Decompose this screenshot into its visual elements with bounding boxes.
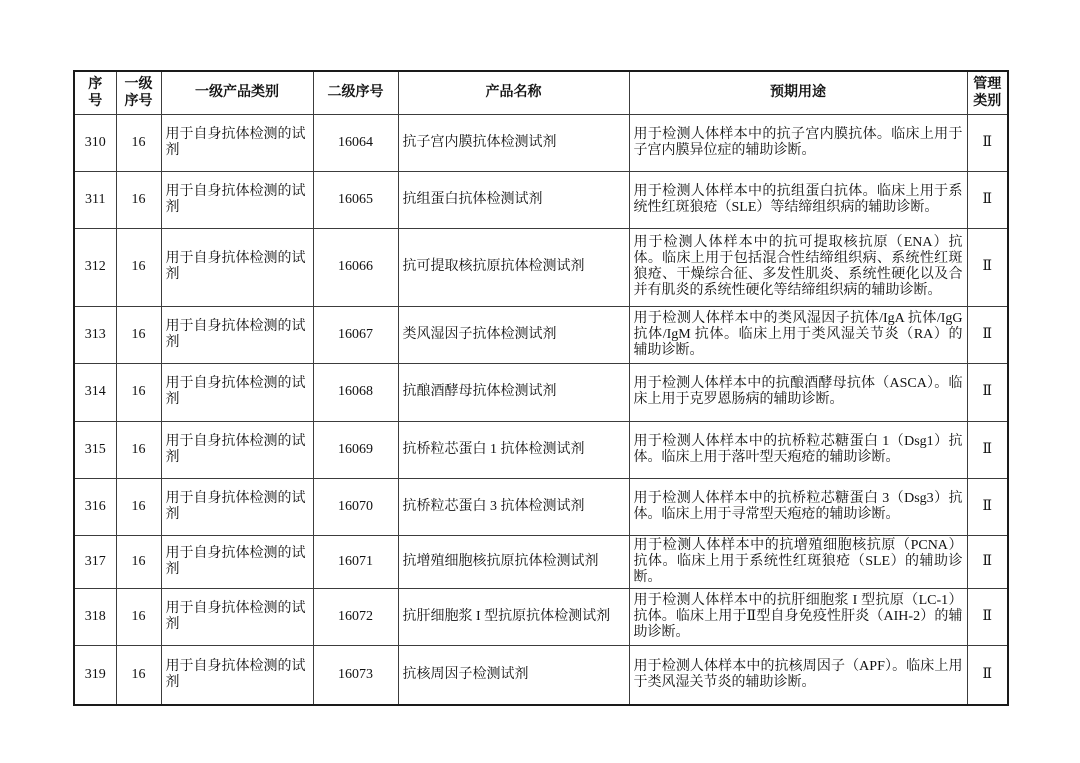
cell-product_name: 抗肝细胞浆 I 型抗原抗体检测试剂: [398, 588, 629, 645]
cell-level1_category: 用于自身抗体检测的试剂: [161, 171, 313, 228]
table-body: 31016用于自身抗体检测的试剂16064抗子宫内膜抗体检测试剂用于检测人体样本…: [74, 114, 1008, 705]
cell-level1_category: 用于自身抗体检测的试剂: [161, 421, 313, 478]
table-row: 31316用于自身抗体检测的试剂16067类风湿因子抗体检测试剂用于检测人体样本…: [74, 306, 1008, 363]
product-classification-table: 序 号一级 序号一级产品类别二级序号产品名称预期用途管理 类别 31016用于自…: [73, 70, 1009, 706]
table-header: 序 号一级 序号一级产品类别二级序号产品名称预期用途管理 类别: [74, 71, 1008, 114]
column-header-product_name: 产品名称: [398, 71, 629, 114]
cell-level1_no: 16: [116, 421, 161, 478]
table-row: 31816用于自身抗体检测的试剂16072抗肝细胞浆 I 型抗原抗体检测试剂用于…: [74, 588, 1008, 645]
cell-mgmt_class: Ⅱ: [967, 645, 1008, 705]
table-row: 31516用于自身抗体检测的试剂16069抗桥粒芯蛋白 1 抗体检测试剂用于检测…: [74, 421, 1008, 478]
table-row: 31916用于自身抗体检测的试剂16073抗核周因子检测试剂用于检测人体样本中的…: [74, 645, 1008, 705]
header-row: 序 号一级 序号一级产品类别二级序号产品名称预期用途管理 类别: [74, 71, 1008, 114]
cell-intended_use: 用于检测人体样本中的抗肝细胞浆 I 型抗原（LC-1）抗体。临床上用于Ⅱ型自身免…: [629, 588, 967, 645]
cell-level1_category: 用于自身抗体检测的试剂: [161, 535, 313, 588]
column-header-intended_use: 预期用途: [629, 71, 967, 114]
cell-level1_no: 16: [116, 588, 161, 645]
cell-seq: 316: [74, 478, 116, 535]
table-row: 31616用于自身抗体检测的试剂16070抗桥粒芯蛋白 3 抗体检测试剂用于检测…: [74, 478, 1008, 535]
cell-level2_no: 16067: [313, 306, 398, 363]
cell-seq: 314: [74, 363, 116, 421]
cell-level1_no: 16: [116, 645, 161, 705]
cell-level2_no: 16068: [313, 363, 398, 421]
cell-level1_category: 用于自身抗体检测的试剂: [161, 363, 313, 421]
cell-intended_use: 用于检测人体样本中的抗酿酒酵母抗体（ASCA）。临床上用于克罗恩肠病的辅助诊断。: [629, 363, 967, 421]
cell-intended_use: 用于检测人体样本中的抗可提取核抗原（ENA）抗体。临床上用于包括混合性结缔组织病…: [629, 228, 967, 306]
cell-intended_use: 用于检测人体样本中的抗桥粒芯糖蛋白 3（Dsg3）抗体。临床上用于寻常型天疱疮的…: [629, 478, 967, 535]
table-row: 31016用于自身抗体检测的试剂16064抗子宫内膜抗体检测试剂用于检测人体样本…: [74, 114, 1008, 171]
cell-product_name: 抗子宫内膜抗体检测试剂: [398, 114, 629, 171]
cell-intended_use: 用于检测人体样本中的抗子宫内膜抗体。临床上用于子宫内膜异位症的辅助诊断。: [629, 114, 967, 171]
cell-seq: 315: [74, 421, 116, 478]
cell-intended_use: 用于检测人体样本中的抗核周因子（APF）。临床上用于类风湿关节炎的辅助诊断。: [629, 645, 967, 705]
cell-product_name: 抗可提取核抗原抗体检测试剂: [398, 228, 629, 306]
cell-intended_use: 用于检测人体样本中的抗增殖细胞核抗原（PCNA）抗体。临床上用于系统性红斑狼疮（…: [629, 535, 967, 588]
cell-level1_category: 用于自身抗体检测的试剂: [161, 478, 313, 535]
table-row: 31116用于自身抗体检测的试剂16065抗组蛋白抗体检测试剂用于检测人体样本中…: [74, 171, 1008, 228]
cell-intended_use: 用于检测人体样本中的抗桥粒芯糖蛋白 1（Dsg1）抗体。临床上用于落叶型天疱疮的…: [629, 421, 967, 478]
table-row: 31216用于自身抗体检测的试剂16066抗可提取核抗原抗体检测试剂用于检测人体…: [74, 228, 1008, 306]
cell-level1_category: 用于自身抗体检测的试剂: [161, 645, 313, 705]
cell-product_name: 抗核周因子检测试剂: [398, 645, 629, 705]
column-header-mgmt_class: 管理 类别: [967, 71, 1008, 114]
cell-mgmt_class: Ⅱ: [967, 306, 1008, 363]
cell-product_name: 抗组蛋白抗体检测试剂: [398, 171, 629, 228]
cell-level1_category: 用于自身抗体检测的试剂: [161, 306, 313, 363]
table-row: 31716用于自身抗体检测的试剂16071抗增殖细胞核抗原抗体检测试剂用于检测人…: [74, 535, 1008, 588]
cell-mgmt_class: Ⅱ: [967, 421, 1008, 478]
cell-seq: 310: [74, 114, 116, 171]
cell-product_name: 类风湿因子抗体检测试剂: [398, 306, 629, 363]
cell-level1_no: 16: [116, 171, 161, 228]
cell-seq: 313: [74, 306, 116, 363]
cell-seq: 318: [74, 588, 116, 645]
cell-level2_no: 16064: [313, 114, 398, 171]
cell-mgmt_class: Ⅱ: [967, 535, 1008, 588]
cell-level1_category: 用于自身抗体检测的试剂: [161, 228, 313, 306]
table-row: 31416用于自身抗体检测的试剂16068抗酿酒酵母抗体检测试剂用于检测人体样本…: [74, 363, 1008, 421]
cell-level1_no: 16: [116, 535, 161, 588]
cell-mgmt_class: Ⅱ: [967, 171, 1008, 228]
cell-intended_use: 用于检测人体样本中的类风湿因子抗体/IgA 抗体/IgG 抗体/IgM 抗体。临…: [629, 306, 967, 363]
cell-product_name: 抗酿酒酵母抗体检测试剂: [398, 363, 629, 421]
column-header-level1_category: 一级产品类别: [161, 71, 313, 114]
cell-level1_no: 16: [116, 363, 161, 421]
column-header-level1_no: 一级 序号: [116, 71, 161, 114]
cell-mgmt_class: Ⅱ: [967, 478, 1008, 535]
cell-seq: 317: [74, 535, 116, 588]
cell-mgmt_class: Ⅱ: [967, 228, 1008, 306]
cell-level1_no: 16: [116, 478, 161, 535]
cell-level1_no: 16: [116, 114, 161, 171]
cell-seq: 312: [74, 228, 116, 306]
cell-mgmt_class: Ⅱ: [967, 114, 1008, 171]
cell-product_name: 抗增殖细胞核抗原抗体检测试剂: [398, 535, 629, 588]
cell-level1_no: 16: [116, 228, 161, 306]
cell-level2_no: 16072: [313, 588, 398, 645]
cell-mgmt_class: Ⅱ: [967, 363, 1008, 421]
cell-level2_no: 16069: [313, 421, 398, 478]
column-header-level2_no: 二级序号: [313, 71, 398, 114]
cell-intended_use: 用于检测人体样本中的抗组蛋白抗体。临床上用于系统性红斑狼疮（SLE）等结缔组织病…: [629, 171, 967, 228]
cell-product_name: 抗桥粒芯蛋白 3 抗体检测试剂: [398, 478, 629, 535]
cell-seq: 311: [74, 171, 116, 228]
cell-level2_no: 16070: [313, 478, 398, 535]
cell-seq: 319: [74, 645, 116, 705]
cell-level1_category: 用于自身抗体检测的试剂: [161, 588, 313, 645]
cell-mgmt_class: Ⅱ: [967, 588, 1008, 645]
cell-level2_no: 16073: [313, 645, 398, 705]
column-header-seq: 序 号: [74, 71, 116, 114]
cell-level1_category: 用于自身抗体检测的试剂: [161, 114, 313, 171]
cell-level2_no: 16071: [313, 535, 398, 588]
cell-level1_no: 16: [116, 306, 161, 363]
cell-level2_no: 16065: [313, 171, 398, 228]
cell-product_name: 抗桥粒芯蛋白 1 抗体检测试剂: [398, 421, 629, 478]
cell-level2_no: 16066: [313, 228, 398, 306]
